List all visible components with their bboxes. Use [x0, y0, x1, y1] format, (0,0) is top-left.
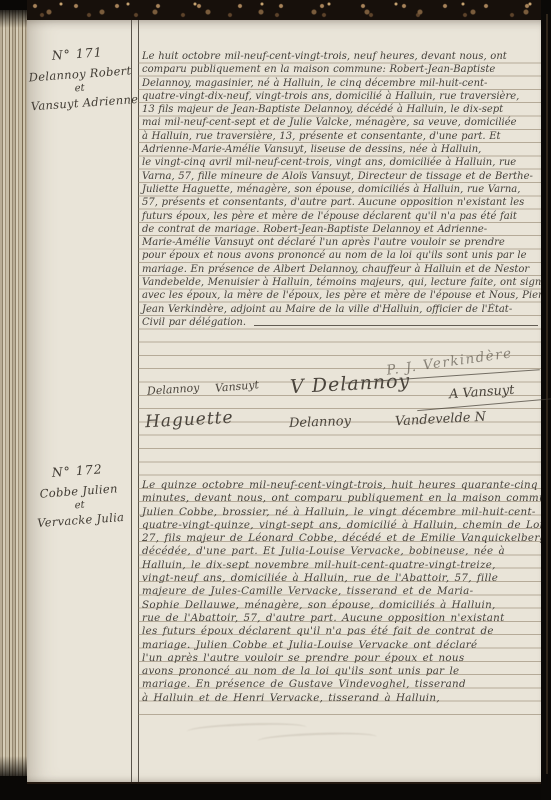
margin-entry-171: N° 171 Delannoy Robert et Vansuyt Adrien… — [27, 43, 131, 116]
manuscript-line: Adrienne-Marie-Amélie Vansuyt, liseuse d… — [140, 143, 541, 156]
manuscript-line: 13 fils majeur de Jean-Baptiste Delannoy… — [140, 103, 541, 116]
act-171-text: Le huit octobre mil-neuf-cent-vingt-troi… — [140, 50, 541, 329]
act-172-lines: Le quinze octobre mil-neuf-cent-vingt-tr… — [140, 479, 541, 705]
marbled-cover-band — [27, 0, 543, 20]
facing-page-edge — [546, 14, 548, 774]
manuscript-line: Marie-Amélie Vansuyt ont déclaré l'un ap… — [140, 236, 541, 249]
signature-witness-delannoy: Delannoy — [289, 414, 351, 431]
manuscript-line: quatre-vingt-dix-neuf, vingt-trois ans, … — [140, 90, 541, 103]
manuscript-line: décédée, d'une part. Et Julia-Louise Ver… — [140, 545, 541, 558]
manuscript-line: mariage. En présence de Gustave Vindevog… — [140, 678, 541, 691]
manuscript-line: comparu publiquement en la maison commun… — [140, 63, 541, 76]
manuscript-line: Le huit octobre mil-neuf-cent-vingt-troi… — [140, 50, 541, 63]
signature-witness-vandevelde: Vandevelde N — [395, 410, 487, 430]
manuscript-line: à Halluin et de Henri Vervacke, tisseran… — [140, 692, 541, 705]
signature-vansuyt-small: Vansuyt — [215, 378, 260, 395]
manuscript-line: Varna, 57, fille mineure de Aloïs Vansuy… — [140, 170, 541, 183]
manuscript-line: minutes, devant nous, ont comparu publiq… — [140, 492, 541, 505]
manuscript-line-text: Civil par délégation. — [142, 316, 246, 329]
manuscript-line: rue de l'Abattoir, 57, d'autre part. Auc… — [140, 612, 541, 625]
manuscript-line: le vingt-cinq avril mil-neuf-cent-trois,… — [140, 156, 541, 169]
margin-divider-rule — [131, 20, 139, 782]
manuscript-line: Le quinze octobre mil-neuf-cent-vingt-tr… — [140, 479, 541, 492]
manuscript-line: quatre-vingt-quinze, vingt-sept ans, dom… — [140, 519, 541, 532]
ink-bleed-through — [186, 715, 387, 756]
signature-mother: Haguette — [145, 408, 235, 433]
manuscript-line: avec les époux, la mère de l'époux, les … — [140, 289, 541, 302]
manuscript-line: vingt-neuf ans, domiciliée à Halluin, ru… — [140, 572, 541, 585]
manuscript-line: 27, fils majeur de Léonard Cobbe, décédé… — [140, 532, 541, 545]
manuscript-line: à Halluin, rue traversière, 13, présente… — [140, 130, 541, 143]
act-number: N° 172 — [27, 460, 128, 482]
manuscript-line: Sophie Dellauwe, ménagère, son épouse, d… — [140, 599, 541, 612]
manuscript-line: avons prononcé au nom de la loi qu'ils s… — [140, 665, 541, 678]
signature-delannoy-small: Delannoy — [147, 381, 200, 398]
manuscript-line: Juliette Haguette, ménagère, son épouse,… — [140, 183, 541, 196]
manuscript-line: l'un après l'autre vouloir se prendre po… — [140, 652, 541, 665]
manuscript-line: 57, présents et consentants, d'autre par… — [140, 196, 541, 209]
act-number: N° 171 — [27, 43, 128, 65]
manuscript-line: majeure de Jules-Camille Vervacke, tisse… — [140, 585, 541, 598]
manuscript-line: de contrat de mariage. Robert-Jean-Bapti… — [140, 223, 541, 236]
line-filler-stroke — [254, 325, 538, 326]
act-171-lines: Le huit octobre mil-neuf-cent-vingt-troi… — [140, 50, 541, 316]
manuscript-line: mariage. Julien Cobbe et Julia-Louise Ve… — [140, 639, 541, 652]
manuscript-line: pour époux et nous avons prononcé au nom… — [140, 249, 541, 262]
manuscript-line: Delannoy, magasinier, né à Halluin, le c… — [140, 77, 541, 90]
manuscript-line: futurs époux, les père et mère de l'épou… — [140, 210, 541, 223]
manuscript-line: Julien Cobbe, brossier, né à Halluin, le… — [140, 506, 541, 519]
manuscript-line: mariage. En présence de Albert Delannoy,… — [140, 263, 541, 276]
manuscript-line: mai mil-neuf-cent-sept et de Julie Valck… — [140, 116, 541, 129]
register-page: N° 171 Delannoy Robert et Vansuyt Adrien… — [27, 20, 541, 784]
margin-entry-172: N° 172 Cobbe Julien et Vervacke Julia — [27, 460, 131, 533]
act-172-text: Le quinze octobre mil-neuf-cent-vingt-tr… — [140, 479, 541, 705]
manuscript-line: Halluin, le dix-sept novembre mil-huit-c… — [140, 559, 541, 572]
manuscript-line: les futurs époux déclarent qu'il n'a pas… — [140, 625, 541, 638]
book-page-edges — [0, 10, 27, 776]
manuscript-line: Jean Verkindère, adjoint au Maire de la … — [140, 303, 541, 316]
manuscript-line: Vandebelde, Menuisier à Halluin, témoins… — [140, 276, 541, 289]
signature-groom: V Delannoy — [290, 370, 411, 398]
signature-bride: A Vansuyt — [449, 383, 515, 403]
manuscript-line: Civil par délégation. — [140, 316, 541, 329]
